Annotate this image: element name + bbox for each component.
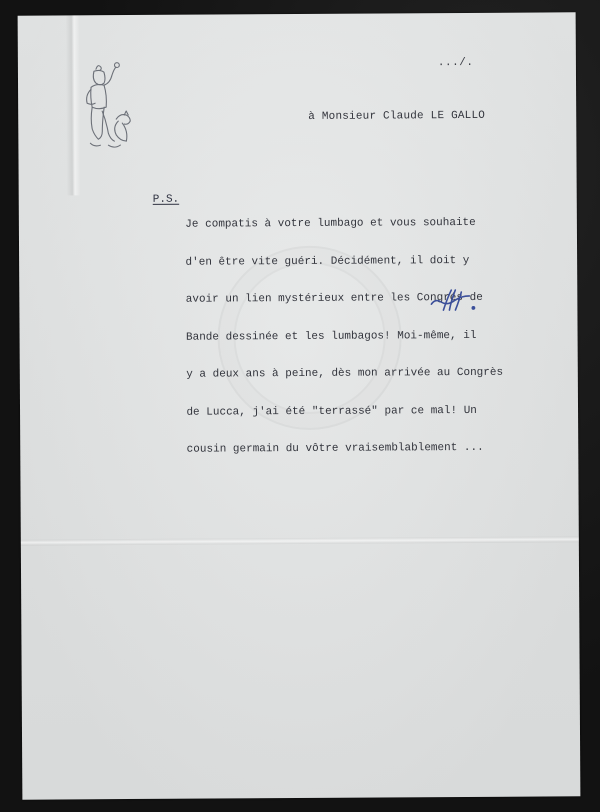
postscript-line: cousin germain du vôtre vraisemblablemen… bbox=[187, 442, 504, 456]
postscript-line: y a deux ans à peine, dès mon arrivée au… bbox=[186, 367, 503, 381]
postscript-label: P.S. bbox=[153, 194, 181, 482]
letterhead-illustration-icon bbox=[72, 59, 137, 161]
postscript-line: de Lucca, j'ai été "terrassé" par ce mal… bbox=[186, 404, 503, 418]
postscript-line: Je compatis à votre lumbago et vous souh… bbox=[185, 217, 502, 231]
paper-fold-horizontal bbox=[21, 536, 579, 545]
signature-icon bbox=[427, 284, 483, 314]
postscript-line: Bande dessinée et les lumbagos! Moi-même… bbox=[186, 329, 503, 343]
postscript-line: d'en être vite guéri. Décidément, il doi… bbox=[185, 254, 502, 268]
postscript-block: P.S. Je compatis à votre lumbago et vous… bbox=[153, 192, 504, 482]
letter-page: .../. à Monsieur Claude LE GALLO P.S. Je… bbox=[18, 12, 581, 799]
continuation-mark: .../. bbox=[438, 57, 474, 69]
postscript-body: Je compatis à votre lumbago et vous souh… bbox=[185, 192, 504, 481]
addressee-line: à Monsieur Claude LE GALLO bbox=[308, 110, 485, 123]
